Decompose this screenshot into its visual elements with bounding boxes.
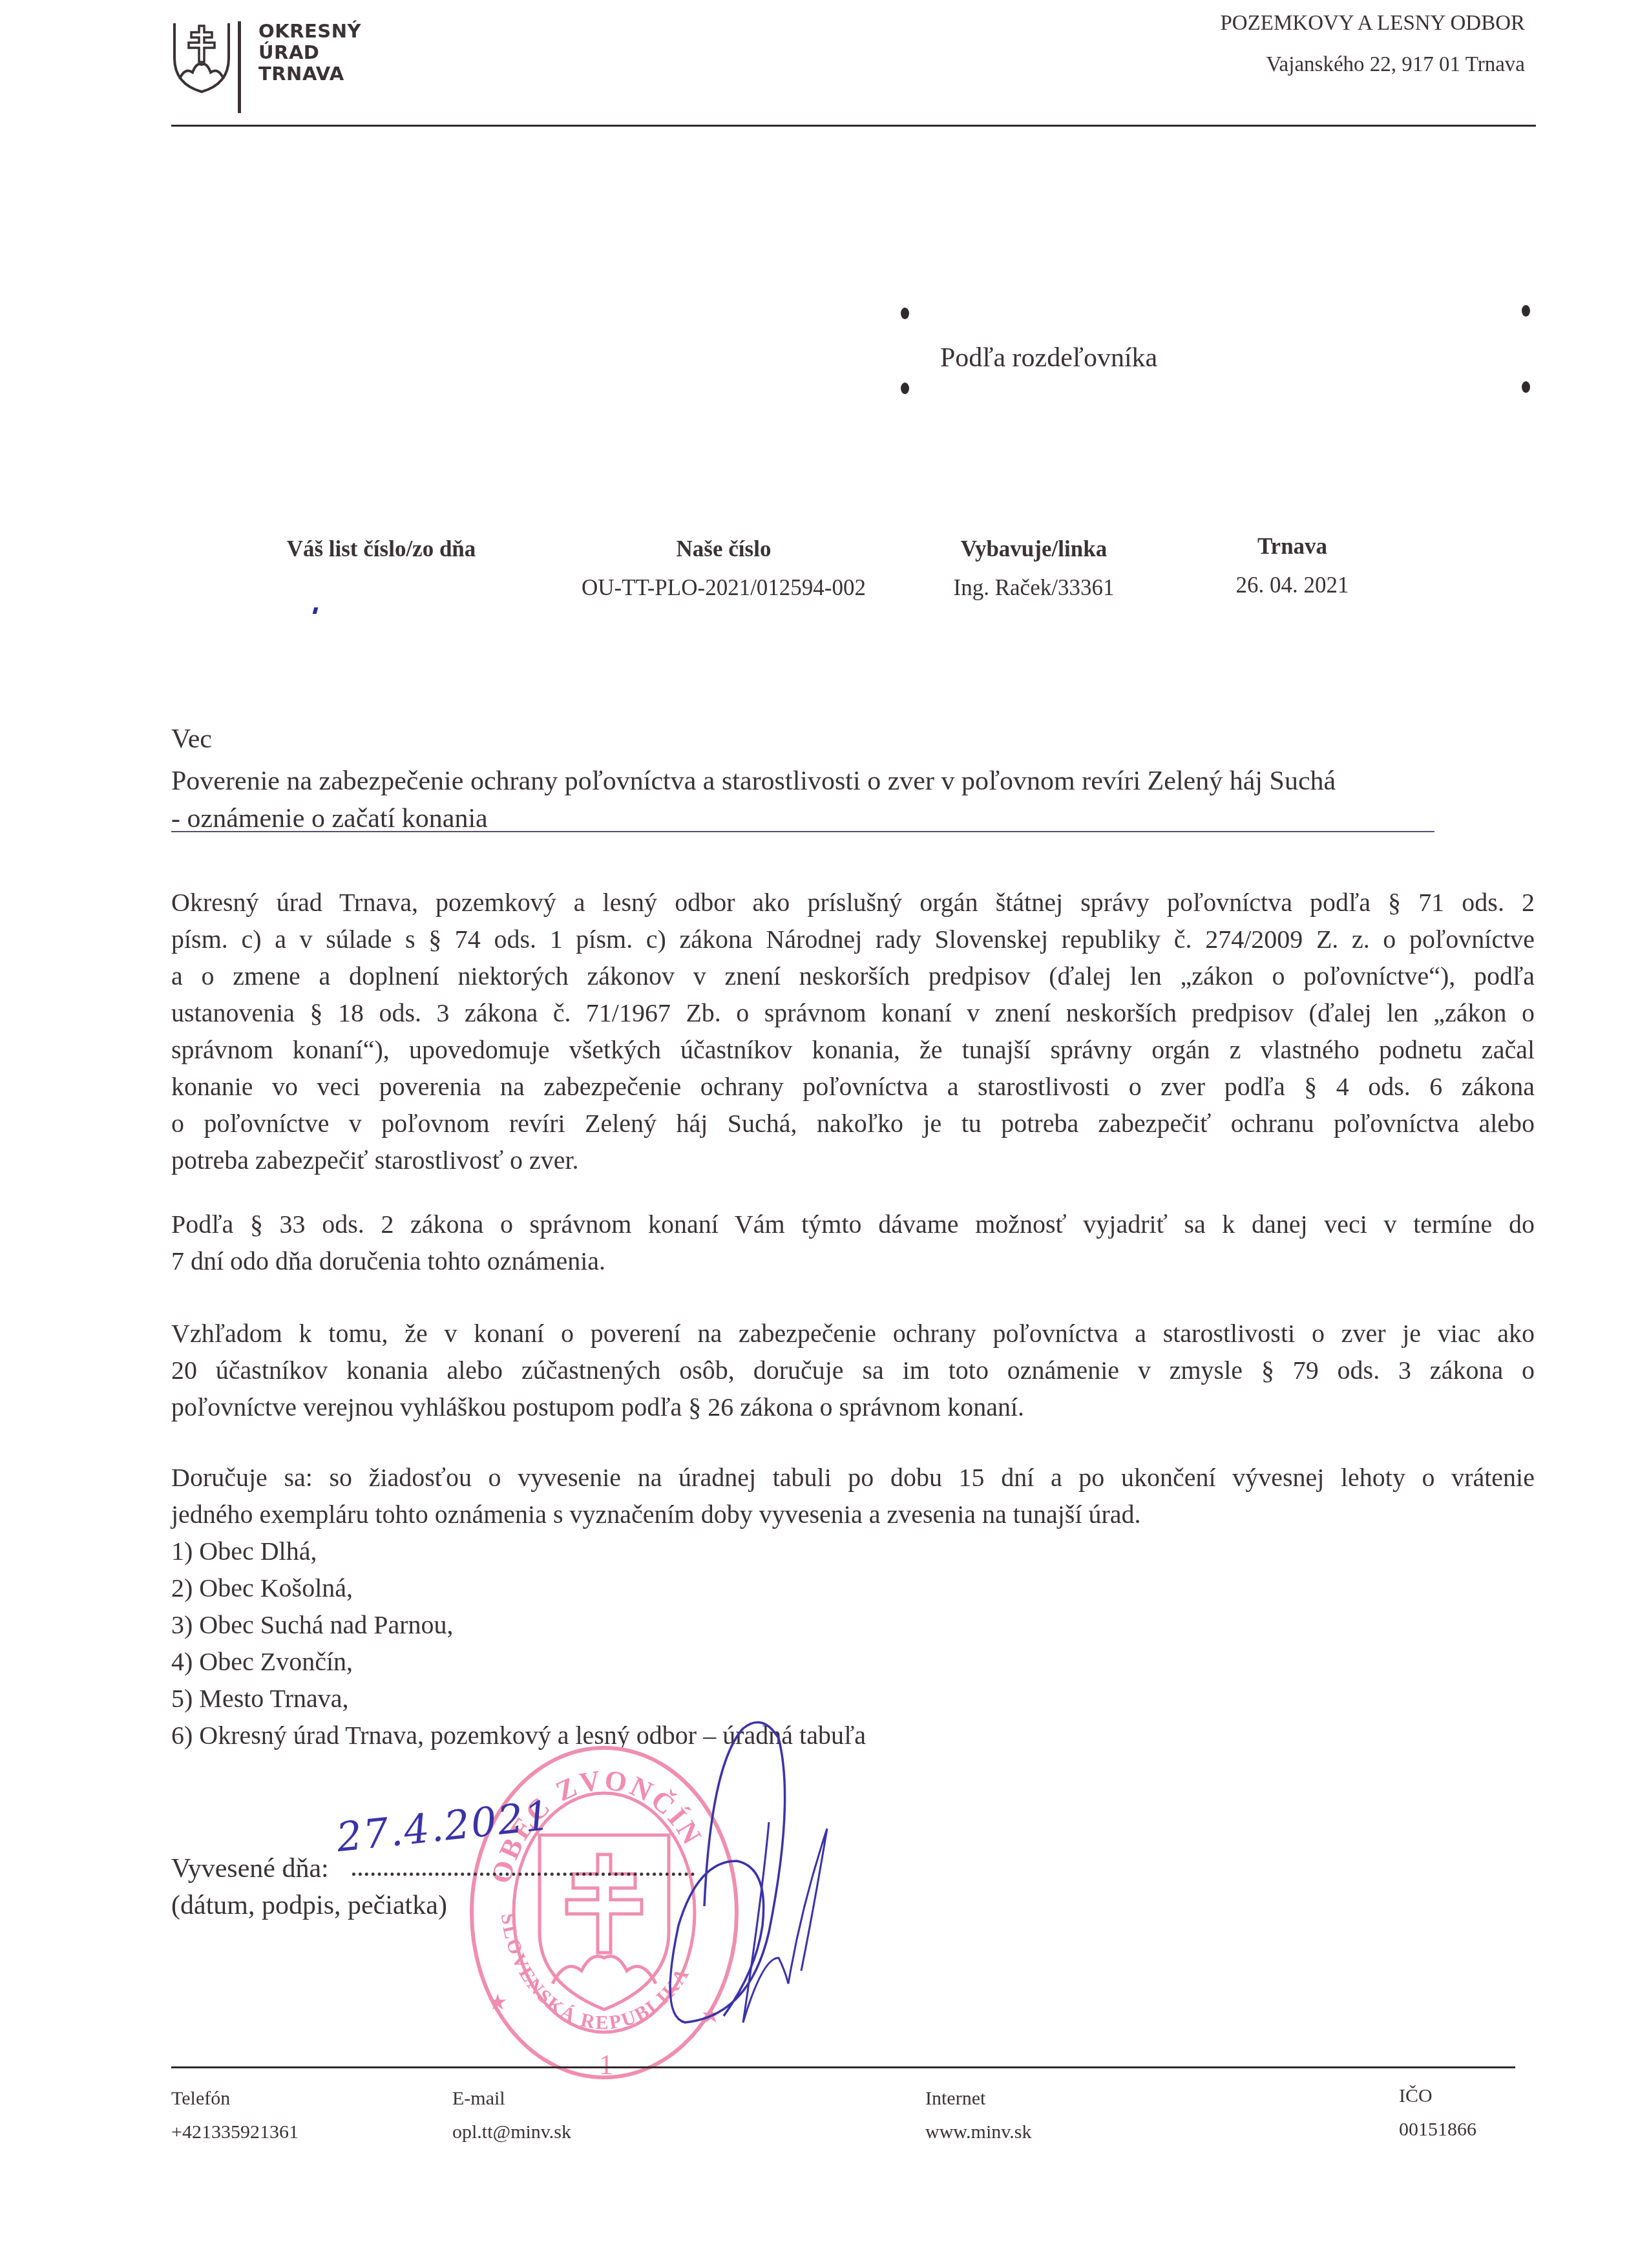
ref-date: Trnava 26. 04. 2021: [1182, 534, 1402, 598]
list-item: 5) Mesto Trnava,: [171, 1680, 866, 1717]
subject-label: Vec: [171, 724, 212, 755]
window-mark-top-right: [1522, 305, 1530, 317]
office-logo: OKRESNÝ ÚRAD TRNAVA: [169, 19, 363, 116]
recipient: Podľa rozdeľovníka: [940, 342, 1157, 373]
ref-our-number: Naše číslo OU-TT-PLO-2021/012594-002: [562, 536, 885, 601]
ref-handled-by: Vybavuje/linka Ing. Raček/33361: [905, 536, 1163, 601]
pen-mark: [313, 607, 319, 614]
footer-divider: [171, 2066, 1515, 2068]
footer-phone: Telefón +421335921361: [171, 2082, 299, 2149]
list-item: 2) Obec Košolná,: [171, 1570, 866, 1606]
svg-text:★: ★: [488, 1991, 507, 2015]
list-item: 4) Obec Zvončín,: [171, 1643, 866, 1680]
svg-text:SLOVENSKÁ REPUBLIKA: SLOVENSKÁ REPUBLIKA: [497, 1912, 694, 2033]
window-mark-bottom-left: [901, 383, 909, 394]
office-address: Vajanského 22, 917 01 Trnava: [1266, 53, 1525, 77]
paragraph-statement-deadline: Podľa § 33 ods. 2 zákona o správnom kona…: [171, 1206, 1535, 1279]
coat-of-arms-icon: [169, 19, 234, 97]
subject-text: Poverenie na zabezpečenie ochrany poľovn…: [171, 762, 1560, 837]
header-divider: [171, 125, 1536, 127]
posted-date-hint: (dátum, podpis, pečiatka): [171, 1890, 447, 1921]
list-item: 1) Obec Dlhá,: [171, 1533, 866, 1570]
paragraph-public-notice: Vzhľadom k tomu, že v konaní o poverení …: [171, 1315, 1535, 1425]
posted-date-field[interactable]: [352, 1873, 695, 1876]
svg-text:1: 1: [599, 2049, 613, 2081]
paragraph-intro: Okresný úrad Trnava, pozemkový a lesný o…: [171, 884, 1535, 1179]
list-item: 3) Obec Suchá nad Parnou,: [171, 1606, 866, 1643]
footer-internet: Internet www.minv.sk: [925, 2082, 1031, 2149]
ref-your-letter: Váš list číslo/zo dňa: [252, 536, 510, 575]
window-mark-top-left: [901, 308, 909, 319]
logo-divider: [238, 21, 241, 113]
footer-email: E-mail opl.tt@minv.sk: [452, 2082, 571, 2149]
posted-date-label: Vyvesené dňa:: [171, 1853, 329, 1884]
website-link[interactable]: www.minv.sk: [925, 2116, 1031, 2149]
footer-ico: IČO 00151866: [1399, 2079, 1476, 2147]
email-link[interactable]: opl.tt@minv.sk: [452, 2116, 571, 2149]
subject-underline: [171, 831, 1434, 832]
handwritten-signature: [666, 1712, 859, 2035]
paragraph-delivery: Doručuje sa: so žiadosťou o vyvesenie na…: [171, 1459, 1535, 1533]
logo-text: OKRESNÝ ÚRAD TRNAVA: [258, 21, 361, 85]
window-mark-bottom-right: [1522, 381, 1530, 393]
department-name: POZEMKOVY A LESNY ODBOR: [1220, 12, 1525, 36]
